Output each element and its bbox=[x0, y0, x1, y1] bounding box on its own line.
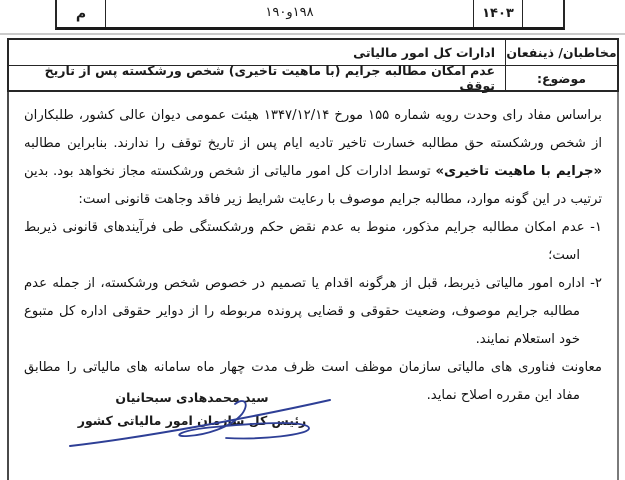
recipients-value: ادارات کل امور مالیاتی bbox=[9, 40, 505, 65]
letter-header-table: مخاطبان/ ذینفعان ادارات کل امور مالیاتی … bbox=[7, 38, 619, 92]
strip-cell-type: م bbox=[57, 0, 105, 27]
subject-value: عدم امکان مطالبه جرایم (با ماهیت تاخیری)… bbox=[9, 66, 505, 90]
strip-articles-text: ۱۹۸و۱۹۰ bbox=[265, 5, 313, 20]
condition-item-1: ۱- عدم امکان مطالبه جرایم مذکور، منوط به… bbox=[24, 214, 602, 270]
recipients-row: مخاطبان/ ذینفعان ادارات کل امور مالیاتی bbox=[9, 40, 617, 65]
subject-row: موضوع: عدم امکان مطالبه جرایم (با ماهیت … bbox=[9, 65, 617, 90]
paragraph-ruling: براساس مفاد رای وحدت رویه شماره ۱۵۵ مورخ… bbox=[24, 102, 602, 214]
condition-item-2: ۲- اداره امور مالیاتی ذیربط، قبل از هرگو… bbox=[24, 270, 602, 354]
recipients-label: مخاطبان/ ذینفعان bbox=[505, 40, 617, 65]
signatory-title: رئیس کل سازمان امور مالیاتی کشور bbox=[62, 409, 322, 432]
strip-cell-empty bbox=[522, 0, 563, 27]
strip-year-text: ۱۴۰۳ bbox=[482, 6, 514, 21]
strip-cell-year: ۱۴۰۳ bbox=[473, 0, 522, 27]
strip-cell-related-articles: ۱۹۸و۱۹۰ bbox=[105, 0, 473, 27]
page-divider-line bbox=[0, 33, 625, 35]
subject-label: موضوع: bbox=[505, 66, 617, 90]
signature-block: سید محمدهادی سبحانیان رئیس کل سازمان امو… bbox=[62, 386, 322, 432]
ruling-bold-phrase: «جرایم با ماهیت تاخیری» bbox=[435, 164, 602, 179]
scanned-letter-page: م ۱۹۸و۱۹۰ ۱۴۰۳ مخاطبان/ ذینفعان ادارات ک… bbox=[0, 0, 625, 480]
signatory-name: سید محمدهادی سبحانیان bbox=[62, 386, 322, 409]
ruling-text-before: براساس مفاد رای وحدت رویه شماره ۱۵۵ مورخ… bbox=[24, 108, 602, 151]
strip-type-text: م bbox=[76, 6, 86, 22]
reference-strip-table: م ۱۹۸و۱۹۰ ۱۴۰۳ bbox=[55, 0, 565, 30]
